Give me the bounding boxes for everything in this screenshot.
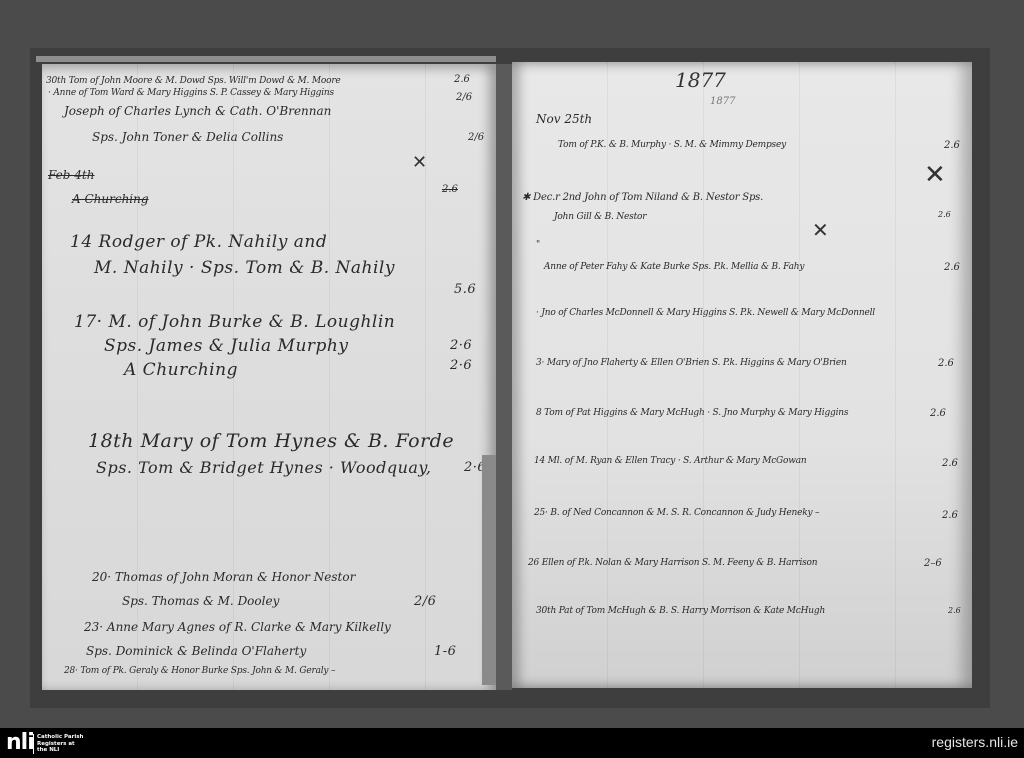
logo-caption-line: the NLI xyxy=(37,747,83,754)
entry-date: Nov 25th xyxy=(536,112,592,126)
logo-caption-line: Catholic Parish xyxy=(37,734,83,741)
image-viewer[interactable]: 30th Tom of John Moore & M. Dowd Sps. Wi… xyxy=(0,0,1024,728)
entry-fee: 2.6 xyxy=(942,510,958,521)
entry-line: 30th Tom of John Moore & M. Dowd Sps. Wi… xyxy=(46,76,341,86)
entry-line: John Gill & B. Nestor xyxy=(554,212,646,222)
entry-fee: 2.6 xyxy=(442,184,458,195)
entry-fee: 2/6 xyxy=(414,594,436,609)
entry-line: Sps. John Toner & Delia Collins xyxy=(92,130,283,144)
entry-line: 8 Tom of Pat Higgins & Mary McHugh · S. … xyxy=(536,408,848,418)
entry-line: ✱ Dec.r 2nd John of Tom Niland & B. Nest… xyxy=(522,192,763,203)
entry-line: Sps. Dominick & Belinda O'Flaherty xyxy=(86,644,306,658)
torn-page-flap xyxy=(482,455,496,685)
entry-fee: 2/6 xyxy=(468,132,484,143)
entry-line: 14 Ml. of M. Ryan & Ellen Tracy · S. Art… xyxy=(534,456,807,466)
right-register-page: 1877 1877 Nov 25th Tom of P.K. & B. Murp… xyxy=(512,62,972,688)
entry-fee: 2.6 xyxy=(938,358,954,369)
x-mark-icon: ✕ xyxy=(412,152,427,173)
entry-fee: 2.6 xyxy=(454,74,470,85)
register-year: 1877 xyxy=(675,68,726,92)
entry-fee: 2.6 xyxy=(942,458,958,469)
entry-line: 28· Tom of Pk. Geraly & Honor Burke Sps.… xyxy=(64,666,335,676)
entry-line: Sps. Thomas & M. Dooley xyxy=(122,594,279,608)
entry-fee: 2.6 xyxy=(938,210,951,219)
entry-line-struck: A Churching xyxy=(72,192,149,206)
entry-line: 30th Pat of Tom McHugh & B. S. Harry Mor… xyxy=(536,606,825,616)
entry-line: 26 Ellen of P.k. Nolan & Mary Harrison S… xyxy=(528,558,817,568)
entry-line: Sps. Tom & Bridget Hynes · Woodquay, xyxy=(96,458,431,477)
book-gutter xyxy=(496,64,512,690)
footer-bar: nli Catholic Parish Registers at the NLI… xyxy=(0,728,1024,758)
year-stamp: 1877 xyxy=(710,96,735,107)
entry-line: 14 Rodger of Pk. Nahily and xyxy=(70,232,327,252)
entry-line-struck: Feb 4th xyxy=(48,168,94,182)
entry-fee: 2/6 xyxy=(456,92,472,103)
entry-line: 3· Mary of Jno Flaherty & Ellen O'Brien … xyxy=(536,358,847,368)
entry-line: · Jno of Charles McDonnell & Mary Higgin… xyxy=(536,308,875,318)
entry-fee: 2.6 xyxy=(944,140,960,151)
entry-line: M. Nahily · Sps. Tom & B. Nahily xyxy=(94,258,395,278)
entry-line: Joseph of Charles Lynch & Cath. O'Brenna… xyxy=(64,104,331,118)
ditto-mark: " xyxy=(536,240,540,250)
logo-divider xyxy=(33,734,34,754)
entry-fee: 2.6 xyxy=(944,262,960,273)
entry-line: A Churching xyxy=(124,360,238,380)
entry-fee: 1-6 xyxy=(434,644,456,659)
entry-fee: 5.6 xyxy=(454,282,476,297)
logo-caption: Catholic Parish Registers at the NLI xyxy=(37,734,83,754)
entry-line: · Anne of Tom Ward & Mary Higgins S. P. … xyxy=(48,88,334,98)
entry-line: 23· Anne Mary Agnes of R. Clarke & Mary … xyxy=(84,620,391,634)
x-mark-icon: ✕ xyxy=(812,218,829,242)
nli-logo[interactable]: nli xyxy=(6,732,34,754)
entry-fee: 2·6 xyxy=(450,358,472,373)
entry-fee: 2–6 xyxy=(924,558,942,569)
entry-line: 18th Mary of Tom Hynes & B. Forde xyxy=(88,430,454,452)
entry-line: 25· B. of Ned Concannon & M. S. R. Conca… xyxy=(534,508,819,518)
entry-line: 17· M. of John Burke & B. Loughlin xyxy=(74,312,395,332)
entry-line: 20· Thomas of John Moran & Honor Nestor xyxy=(92,570,355,584)
left-register-page: 30th Tom of John Moore & M. Dowd Sps. Wi… xyxy=(42,64,496,690)
site-url-link[interactable]: registers.nli.ie xyxy=(932,734,1018,750)
entry-fee: 2.6 xyxy=(930,408,946,419)
entry-line: Tom of P.K. & B. Murphy · S. M. & Mimmy … xyxy=(558,140,786,150)
page-edge xyxy=(36,56,496,62)
entry-fee: 2·6 xyxy=(450,338,472,353)
x-mark-icon: ✕ xyxy=(924,160,946,190)
entry-line: Anne of Peter Fahy & Kate Burke Sps. P.k… xyxy=(544,262,804,272)
entry-fee: 2.6 xyxy=(948,606,961,615)
entry-line: Sps. James & Julia Murphy xyxy=(104,336,348,356)
